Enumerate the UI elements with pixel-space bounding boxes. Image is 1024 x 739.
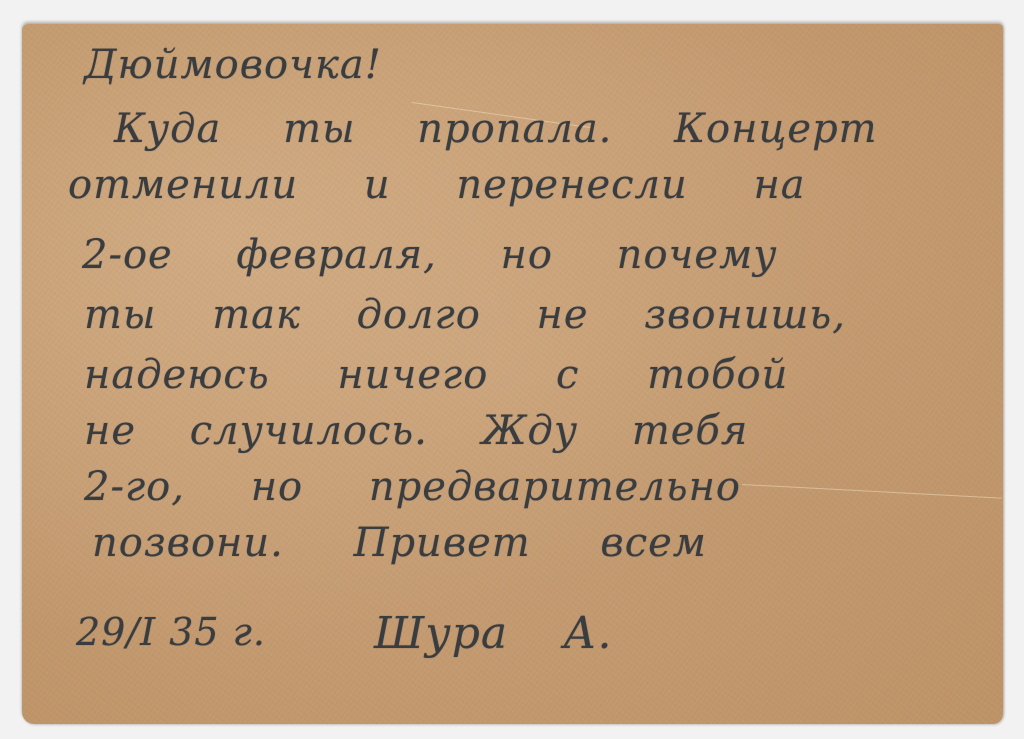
letter-date: 29/I 35 г. [76,610,266,654]
salutation: Дюймовочка! [84,42,382,88]
letter-line-7: 2-го, но предварительно [84,464,741,510]
letter-line-3: 2-ое февраля, но почему [82,232,777,278]
letter-line-4: ты так долго не звонишь, [84,292,846,338]
letter-line-8: позвони. Привет всем [92,520,707,566]
letter-line-6: не случилось. Жду тебя [84,408,748,454]
postcard-paper: Дюймовочка! Куда ты пропала. Концерт отм… [22,24,1003,724]
signature: Шура А. [374,608,612,659]
letter-line-5: надеюсь ничего с тобой [84,352,788,398]
paper-crease [742,484,1002,499]
letter-line-2: отменили и перенесли на [68,162,806,208]
scanned-postcard: Дюймовочка! Куда ты пропала. Концерт отм… [0,0,1024,739]
letter-line-1: Куда ты пропала. Концерт [114,106,878,152]
